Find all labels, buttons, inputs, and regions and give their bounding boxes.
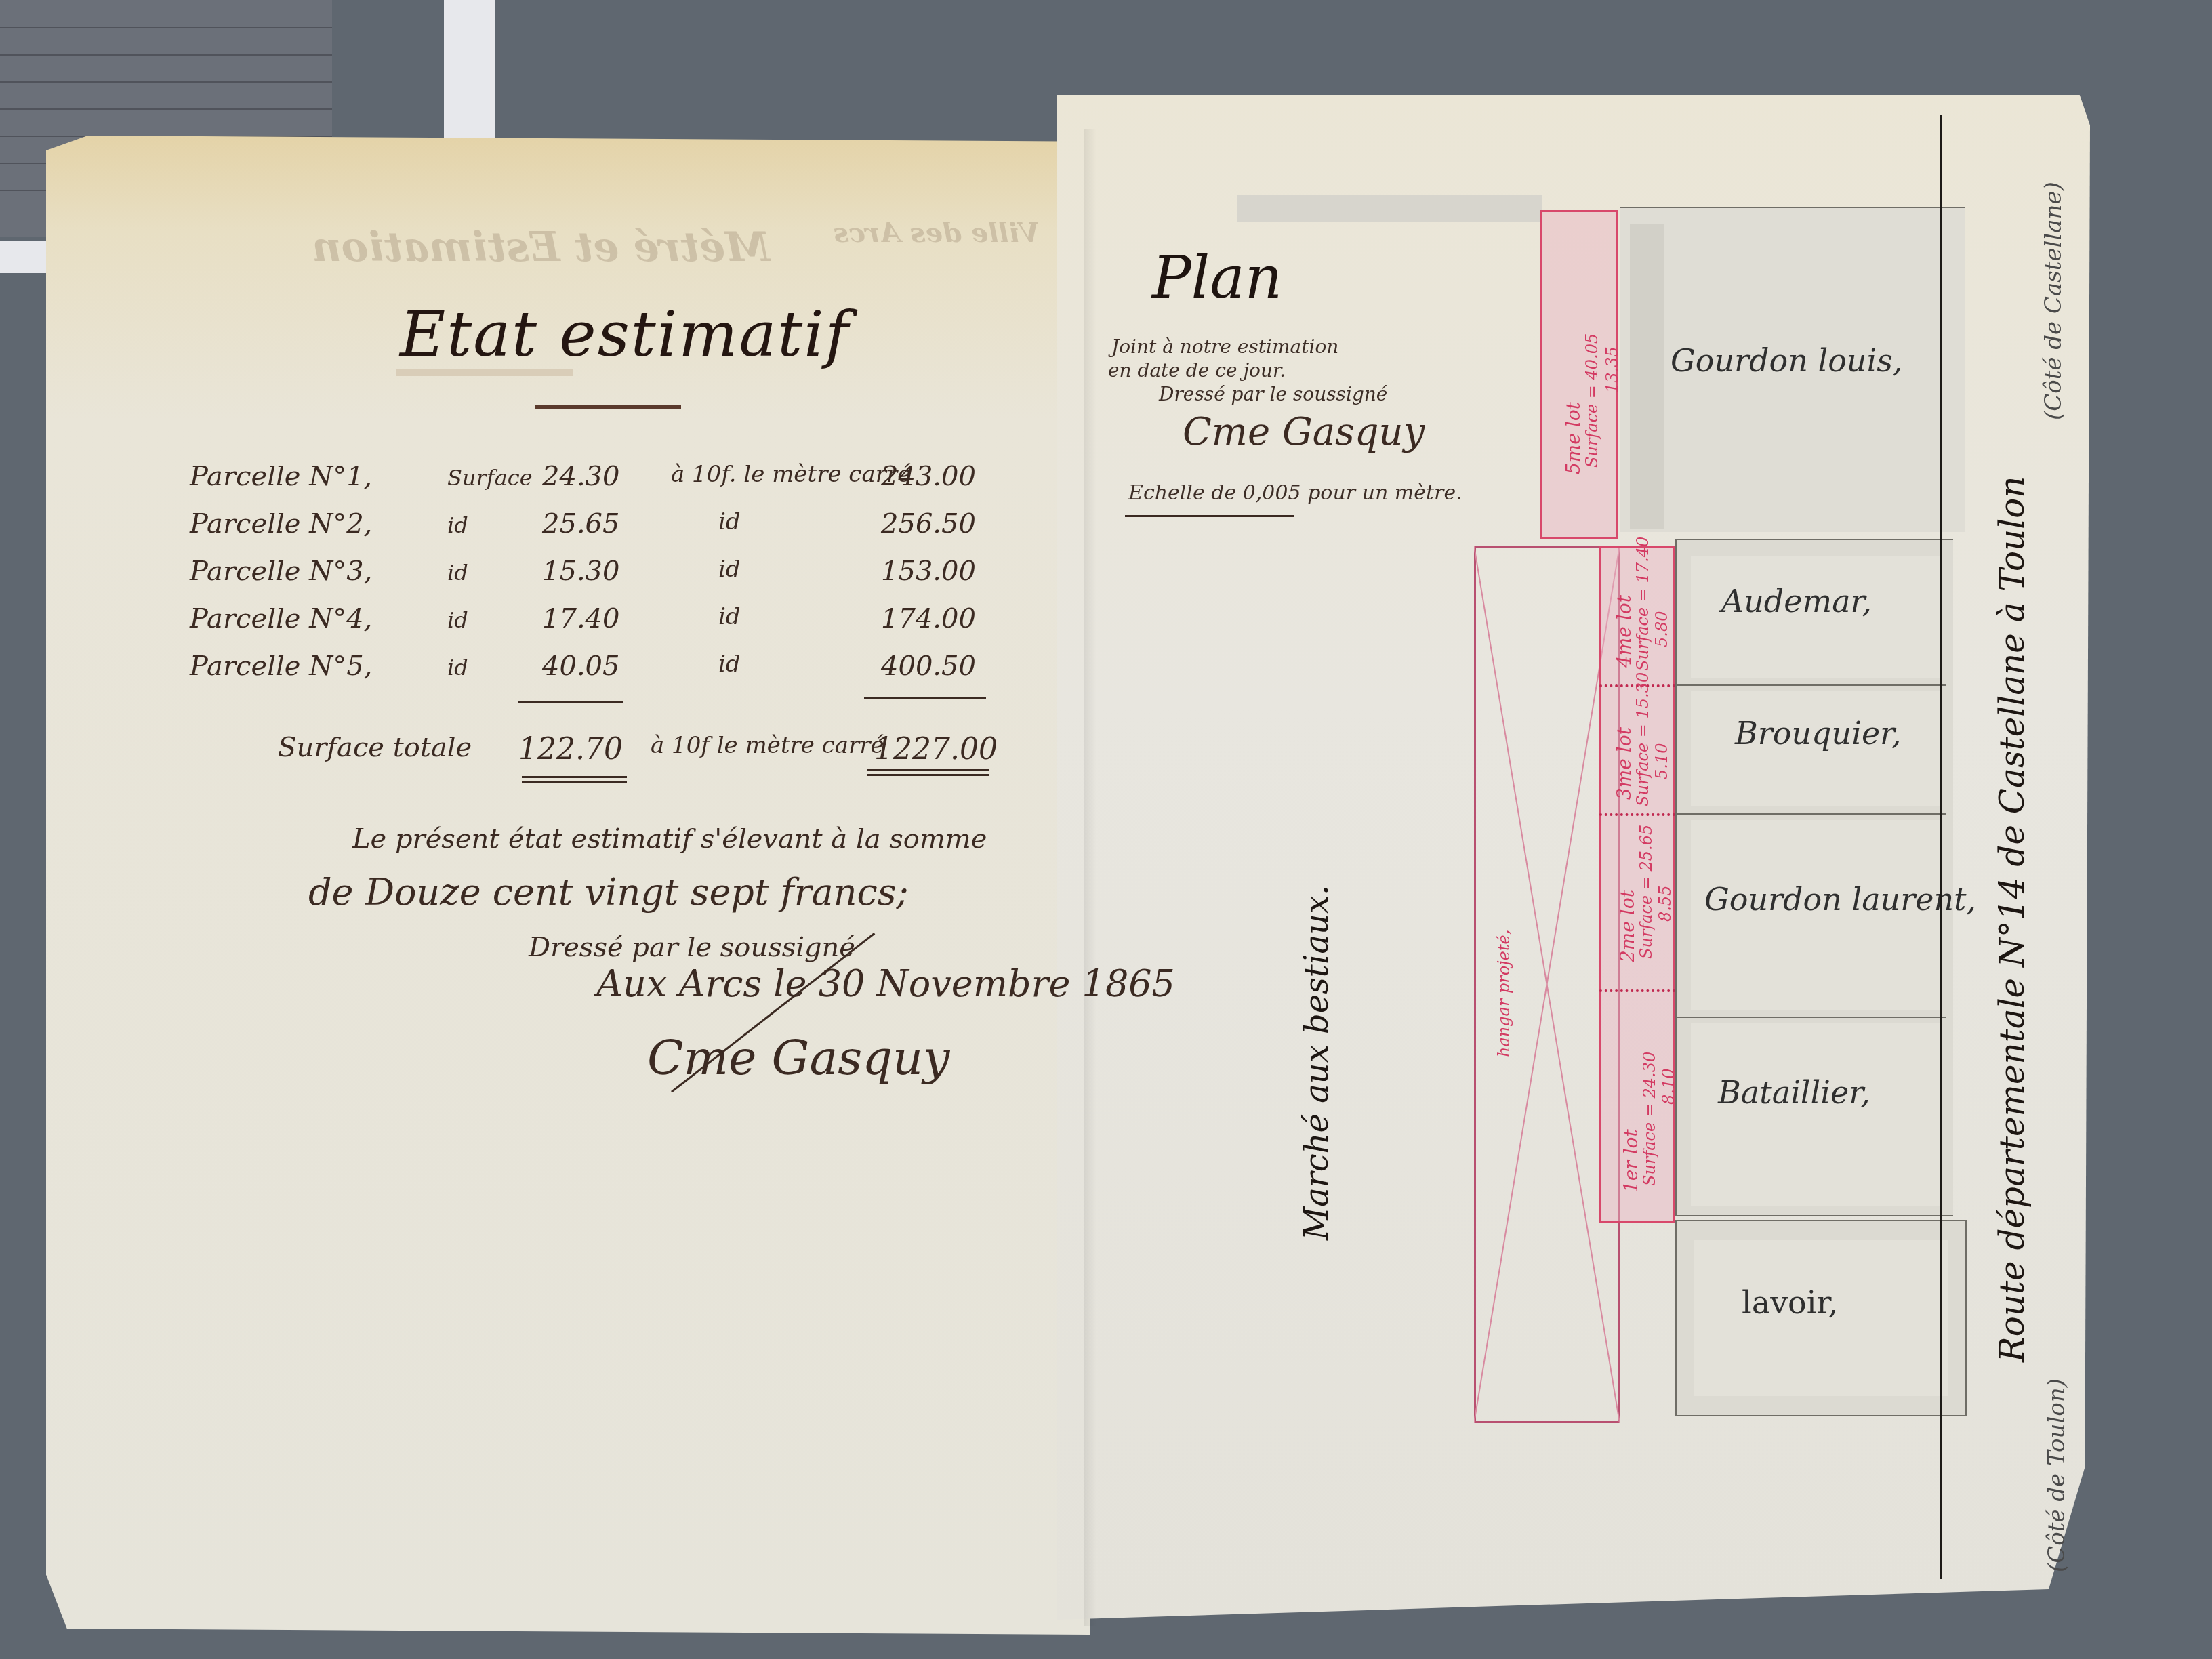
parcel-area: 25.65 [542, 508, 620, 539]
parcel-label: Parcelle N°1, [190, 461, 372, 492]
total-double-rule [522, 776, 627, 778]
side-label-bottom: (Côté de Toulon) [2043, 1378, 2070, 1572]
lot-4-name: 4me lot [1613, 595, 1635, 668]
lot-5-length: 13.35 [1603, 346, 1622, 393]
lot-1-name: 1er lot [1620, 1129, 1642, 1193]
scale-underline [1125, 515, 1294, 517]
ghost-header-right: Ville des Arcs [834, 217, 1040, 249]
table-row: Parcelle N°5, id 40.05 id 400.50 [190, 651, 1017, 691]
parcel-amount: 153.00 [881, 556, 976, 587]
parcel-label: Parcelle N°3, [190, 556, 372, 587]
parcel-kind: id [447, 560, 468, 586]
total-double-rule [522, 781, 627, 783]
parcel-rate: id [718, 508, 741, 535]
total-double-rule [867, 774, 989, 776]
sum-rule [518, 701, 623, 703]
parcel-label: Parcelle N°2, [190, 508, 372, 539]
lot-3-name: 3me lot [1613, 727, 1635, 800]
background-paper-strip [0, 241, 47, 273]
lot-1-surface: Surface = 24.30 [1640, 1052, 1659, 1186]
title-rule [535, 405, 681, 409]
total-double-rule [867, 769, 989, 771]
road-edge-line [1940, 115, 1942, 1579]
lot-2-surface: Surface = 25.65 [1637, 825, 1656, 959]
market-label: Marché aux bestiaux. [1298, 885, 1336, 1240]
lot-divider [1599, 989, 1675, 992]
plan-note-line: Joint à notre estimation [1111, 335, 1338, 358]
parcel-amount: 243.00 [881, 461, 976, 492]
road-label: Route départementale N°14 de Castellane … [1992, 476, 2032, 1362]
table-row: Parcelle N°3, id 15.30 id 153.00 [190, 556, 1017, 596]
parcel-bataillier [1691, 1023, 1942, 1206]
parcel-divider [1675, 813, 1946, 815]
closing-line-1: Le présent état estimatif s'élevant à la… [352, 823, 987, 855]
side-label-top: (Côté de Castellane) [2040, 182, 2067, 420]
table-row: Parcelle N°2, id 25.65 id 256.50 [190, 508, 1017, 549]
total-area: 122.70 [518, 732, 623, 766]
scale-note: Echelle de 0,005 pour un mètre. [1128, 481, 1462, 505]
lot-divider [1599, 813, 1675, 816]
parcel-kind: id [447, 512, 468, 538]
total-label: Surface totale [278, 732, 472, 763]
ghost-header: Métré et Estimation [312, 224, 770, 271]
lot-3-length: 5.10 [1652, 743, 1671, 779]
total-amount: 1227.00 [874, 732, 998, 766]
neighbour-label: lavoir, [1742, 1284, 1838, 1321]
parcel-kind: id [447, 655, 468, 680]
lot-4-surface: Surface = 17.40 [1633, 537, 1652, 671]
parcel-amount: 174.00 [881, 603, 976, 634]
neighbour-label: Brouquier, [1735, 715, 1902, 752]
parcel-area: 24.30 [542, 461, 620, 492]
neighbour-label: Audemar, [1721, 583, 1872, 619]
parcel-area: 40.05 [542, 651, 620, 682]
parcel-label: Parcelle N°4, [190, 603, 372, 634]
plan-signature: Cme Gasquy [1183, 410, 1425, 454]
parcel-rate: à 10f. le mètre carré [671, 461, 911, 488]
plan-note-line: Dressé par le soussigné [1159, 383, 1387, 405]
total-rate: à 10f le mètre carré [651, 732, 884, 759]
title-underline [396, 369, 573, 376]
plan-title: Plan [1152, 244, 1282, 312]
neighbour-label: Bataillier, [1718, 1074, 1870, 1111]
building-strip [1237, 195, 1542, 222]
hangar-label: hangar projeté, [1494, 930, 1513, 1057]
parcel-divider [1675, 1017, 1946, 1018]
parcel-rate: id [718, 603, 741, 630]
parcel-divider [1675, 684, 1946, 686]
page-title: Etat estimatif [400, 298, 850, 371]
table-row: Parcelle N°4, id 17.40 id 174.00 [190, 603, 1017, 644]
sum-rule [864, 697, 986, 699]
parcel-area: 17.40 [542, 603, 620, 634]
lot-2-length: 8.55 [1656, 886, 1675, 922]
plan-note-line: en date de ce jour. [1108, 359, 1286, 382]
parcel-shading [1630, 224, 1664, 529]
closing-date: Aux Arcs le 30 Novembre 1865 [596, 962, 1175, 1005]
total-row: Surface totale 122.70 à 10f le mètre car… [190, 732, 1017, 773]
neighbour-label: Gourdon louis, [1671, 342, 1902, 379]
lot-5-name: 5me lot [1562, 402, 1584, 474]
signature: Cme Gasquy [647, 1030, 950, 1086]
table-row: Parcelle N°1, Surface 24.30 à 10f. le mè… [190, 461, 1017, 501]
parcel-kind: id [447, 607, 468, 633]
lot-3-surface: Surface = 15.30 [1633, 672, 1652, 806]
lot-5-surface: Surface = 40.05 [1582, 333, 1601, 468]
lot-2-name: 2me lot [1616, 890, 1639, 962]
page-fold [1084, 129, 1097, 1626]
closing-line-3: Dressé par le soussigné [529, 932, 855, 963]
parcel-amount: 400.50 [881, 651, 976, 682]
lot-4-length: 5.80 [1652, 611, 1671, 647]
closing-line-2: de Douze cent vingt sept francs; [308, 871, 909, 914]
parcel-kind: Surface [447, 465, 533, 491]
parcel-amount: 256.50 [881, 508, 976, 539]
parcel-rate: id [718, 556, 741, 583]
parcel-label: Parcelle N°5, [190, 651, 372, 682]
neighbour-label: Gourdon laurent, [1704, 881, 1976, 918]
parcel-area: 15.30 [542, 556, 620, 587]
parcel-rate: id [718, 651, 741, 678]
